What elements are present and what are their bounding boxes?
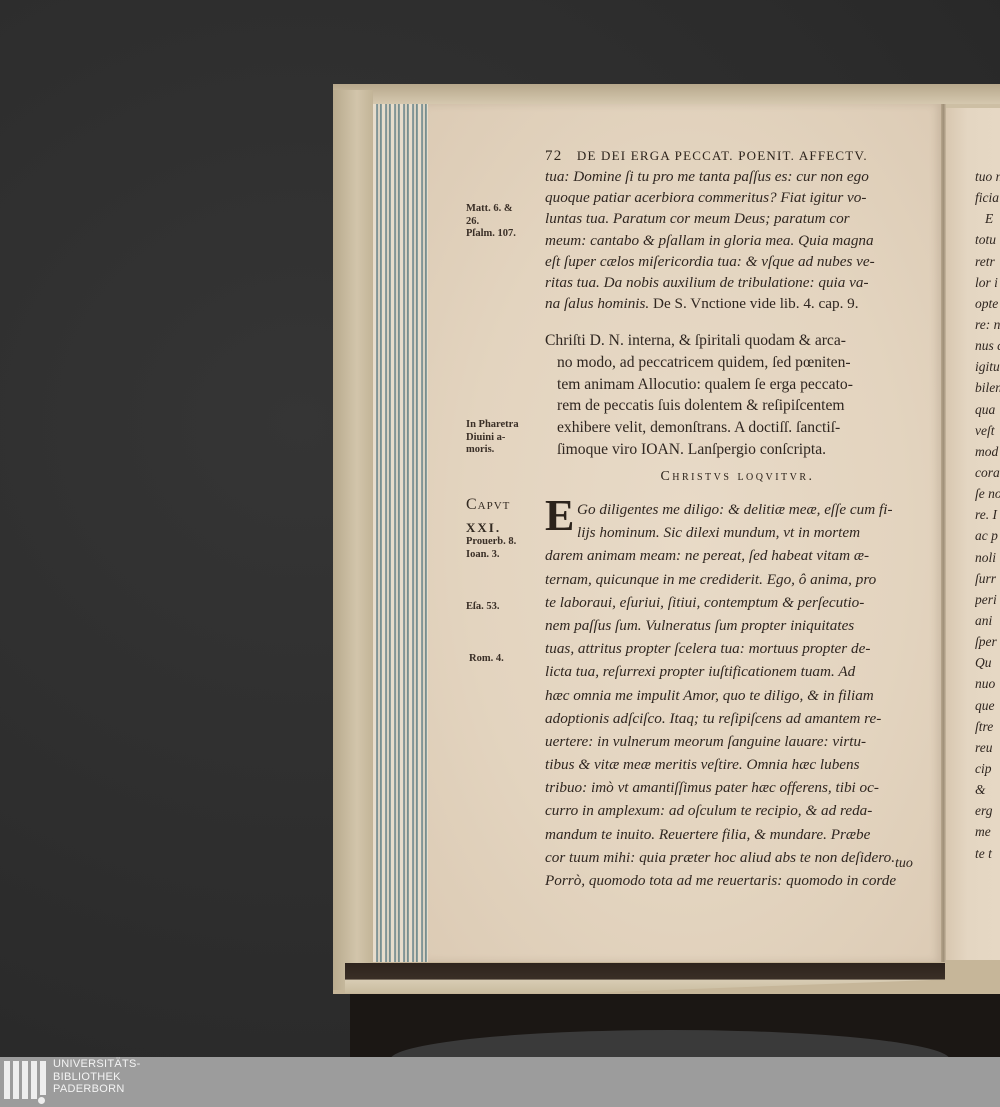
chapter-label: Capvt: [466, 496, 510, 514]
fragment: te t: [975, 843, 1000, 864]
text-line: licta tua, reſurrexi propter iuſtificati…: [545, 660, 930, 683]
library-footer-bar: [0, 1057, 1000, 1107]
text-line: luntas tua. Paratum cor meum Deus; parat…: [545, 208, 930, 229]
fragment: tuo n: [975, 166, 1000, 187]
text-line: uertere: in vulnerum meorum ſanguine lau…: [545, 730, 930, 753]
margin-line: Ioan. 3.: [466, 549, 516, 562]
fragment: opte: [975, 293, 1000, 314]
catchword: tuo: [895, 856, 913, 872]
margin-line: moris.: [466, 444, 519, 457]
margin-line: 26.: [466, 216, 516, 229]
text-line: quoque patiar acerbiora commeritus? Fiat…: [545, 187, 930, 208]
text-line: lijs hominum. Sic dilexi mundum, vt in m…: [545, 521, 930, 544]
text-line: adoptionis adſciſco. Itaq; tu reſipiſcen…: [545, 707, 930, 730]
summary-line: Chriſti D. N. interna, & ſpiritali quoda…: [545, 330, 930, 352]
chapter-summary: Chriſti D. N. interna, & ſpiritali quoda…: [545, 330, 930, 461]
text-line: darem animam meam: ne pereat, ſed habeat…: [545, 544, 930, 567]
text-line: curro in amplexum: ad oſculum te recipio…: [545, 799, 930, 822]
summary-line: exhibere velit, demonſtrans. A doctiſſ. …: [545, 417, 930, 439]
fragment: ac p: [975, 525, 1000, 546]
fragment: E: [975, 208, 1000, 229]
margin-line: Matt. 6. &: [466, 203, 516, 216]
chapter-number: XXI.: [466, 520, 510, 536]
fragment: cora: [975, 462, 1000, 483]
fragment: ſe no: [975, 483, 1000, 504]
summary-line: ſimoque viro IOAN. Lanſpergio conſcripta…: [545, 439, 930, 461]
margin-line: Prouerb. 8.: [466, 536, 516, 549]
text-line-last: na ſalus hominis. De S. Vnctione vide li…: [545, 293, 930, 314]
cover-top-edge: [333, 84, 1000, 104]
text-line: ritas tua. Da nobis auxilium de tribulat…: [545, 272, 930, 293]
text-line: tibus & vitæ meæ meritis veſtire. Omnia …: [545, 753, 930, 776]
fragment: ſper: [975, 631, 1000, 652]
text-line: Go diligentes me diligo: & delitiæ meæ, …: [545, 498, 930, 521]
fragment: veſt: [975, 420, 1000, 441]
running-head: 72 DE DEI ERGA PECCAT. POENIT. AFFECTV.: [545, 148, 935, 165]
text-line: eſt ſuper cælos miſericordia tua: & vſqu…: [545, 251, 930, 272]
fragment: cip: [975, 758, 1000, 779]
fragment: que: [975, 695, 1000, 716]
fragment: Qu: [975, 652, 1000, 673]
fragment: peri: [975, 589, 1000, 610]
text-line: te laboraui, eſuriui, ſitiui, contemptum…: [545, 591, 930, 614]
margin-note-isaiah: Eſa. 53.: [466, 601, 500, 614]
text-line: ternam, quicunque in me crediderit. Ego,…: [545, 568, 930, 591]
cover-left-edge: [333, 90, 373, 990]
fragment: reu: [975, 737, 1000, 758]
logo-line: UNIVERSITÄTS-: [53, 1058, 141, 1071]
fragment: &: [975, 779, 1000, 800]
margin-line: Diuini a-: [466, 432, 519, 445]
cross-reference: De S. Vnctione vide lib. 4. cap. 9.: [649, 295, 858, 312]
chapter-marker: Capvt XXI.: [466, 496, 510, 536]
fragment: nuo: [975, 673, 1000, 694]
margin-note-proverbs-john: Prouerb. 8. Ioan. 3.: [466, 536, 516, 561]
fragment: mod: [975, 441, 1000, 462]
margin-line: In Pharetra: [466, 419, 519, 432]
text-italic-part: na ſalus hominis.: [545, 295, 649, 312]
logo-line: BIBLIOTHEK: [53, 1071, 141, 1084]
margin-note-romans: Rom. 4.: [469, 653, 504, 666]
fragment: noli: [975, 547, 1000, 568]
logo-dot-icon: [38, 1097, 45, 1104]
right-page-text-fragments: tuo n ficia E totu retr lor i opte re: n…: [975, 166, 1000, 864]
library-logo-text: UNIVERSITÄTS- BIBLIOTHEK PADERBORN: [53, 1058, 141, 1096]
fragment: retr: [975, 251, 1000, 272]
margin-line: Pſalm. 107.: [466, 228, 516, 241]
fragment: qua: [975, 399, 1000, 420]
running-head-title: DE DEI ERGA PECCAT. POENIT. AFFECTV.: [577, 148, 868, 163]
text-line: nem paſſus ſum. Vulneratus ſum propter i…: [545, 614, 930, 637]
text-line: Porrò, quomodo tota ad me reuertaris: qu…: [545, 869, 930, 892]
page-number: 72: [545, 148, 562, 164]
text-line: tuas, attritus propter ſcelera tua: mort…: [545, 637, 930, 660]
top-text-block: tua: Domine ſi tu pro me tanta paſſus es…: [545, 166, 930, 314]
logo-line: PADERBORN: [53, 1083, 141, 1096]
summary-line: no modo, ad peccatricem quidem, ſed pœni…: [545, 352, 930, 374]
text-line: tribuo: imò vt amantiſſimus pater hæc of…: [545, 776, 930, 799]
main-text-block: Go diligentes me diligo: & delitiæ meæ, …: [545, 498, 930, 892]
fragment: ani: [975, 610, 1000, 631]
margin-note-matthew-psalm: Matt. 6. & 26. Pſalm. 107.: [466, 203, 516, 241]
text-line: tua: Domine ſi tu pro me tanta paſſus es…: [545, 166, 930, 187]
fragment: ſurr: [975, 568, 1000, 589]
fragment: totu: [975, 229, 1000, 250]
fragment: lor i: [975, 272, 1000, 293]
text-line: meum: cantabo & pſallam in gloria mea. Q…: [545, 230, 930, 251]
text-line: hæc omnia me impulit Amor, quo te diligo…: [545, 684, 930, 707]
fragment: nus c: [975, 335, 1000, 356]
fragment: igitu: [975, 356, 1000, 377]
fragment: erg: [975, 800, 1000, 821]
section-heading: Christvs loqvitvr.: [545, 469, 930, 485]
fragment: ſtre: [975, 716, 1000, 737]
summary-line: tem animam Allocutio: qualem ſe erga pec…: [545, 374, 930, 396]
fragment: bilen: [975, 377, 1000, 398]
fragment: re. I: [975, 504, 1000, 525]
fragment: me: [975, 821, 1000, 842]
text-line: cor tuum mihi: quia præter hoc aliud abs…: [545, 846, 930, 869]
fragment: ficia: [975, 187, 1000, 208]
fragment: re: n: [975, 314, 1000, 335]
summary-line: rem de peccatis ſuis dolentem & reſipiſc…: [545, 395, 930, 417]
page-fore-edge-stack: [373, 104, 429, 962]
margin-note-pharetra: In Pharetra Diuini a- moris.: [466, 419, 519, 457]
text-line: mandum te inuito. Reuertere filia, & mun…: [545, 823, 930, 846]
